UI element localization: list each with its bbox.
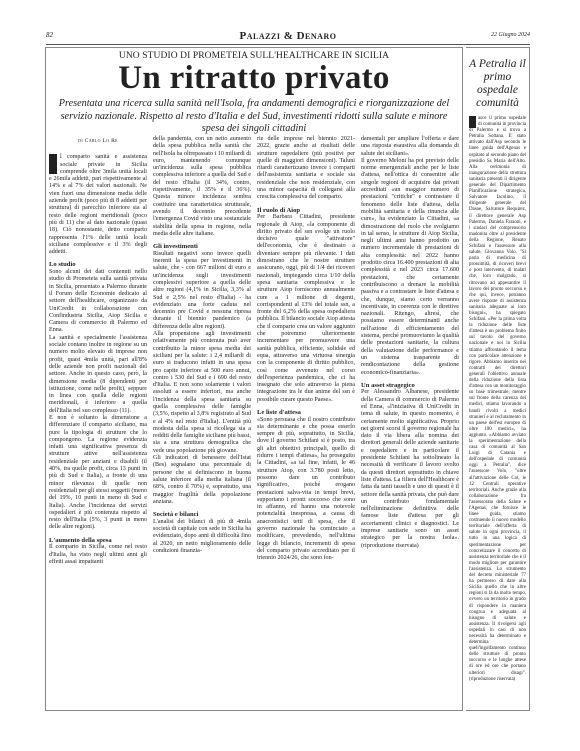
paragraph: Il governo Meloni ha poi previsto delle … (361, 158, 459, 377)
paragraph: Sono alcuni dei dati contenuti nello stu… (49, 269, 147, 335)
byline: di Carlo Lo Re (49, 138, 147, 145)
sidebar-body: asce il primo ospedale di comunità in pr… (469, 116, 526, 683)
section-heading: Le liste d'attesa (257, 409, 355, 417)
paragraph: La sanità e specialmente l'assistenza so… (49, 335, 147, 415)
article-column-1: di Carlo Lo Re l comparto sanità e assis… (49, 136, 147, 566)
issue-date: 22 Giugno 2024 (491, 32, 530, 38)
paragraph: damentali per ampliare l'offerta e dare … (361, 136, 459, 158)
article-subhead: Presentata una ricerca sulla sanità nell… (52, 98, 456, 136)
paragraph: Per Alessandro Albanese, presidente dell… (361, 389, 459, 550)
sidebar-title: A Petralia il primo ospedale comunità (466, 58, 529, 110)
lead-text: l comparto sanità e assistenza sociale p… (49, 154, 147, 255)
main-article: UNO STUDIO DI PROMETEIA SULL'HEALTHCARE … (45, 47, 463, 711)
dropcap-i (49, 154, 57, 174)
section-heading: Società e bilanci (153, 511, 251, 519)
section-heading: Gli investimenti (153, 243, 251, 251)
paragraph: L'analisi dei bilanci di più di 4mila so… (153, 519, 251, 555)
paragraph: Per Barbara Cittadini, presidente region… (257, 214, 355, 404)
section-heading: Un asset stragegico (361, 382, 459, 390)
page-header: 82 Palazzi & Denaro 22 Giugno 2024 (46, 30, 530, 45)
paragraph: Il comparto in Sicilia, come nel resto d… (49, 544, 147, 566)
paragraph: E non è soltanto la dimensione a differe… (49, 415, 147, 532)
section-heading: L'aumento della spesa (49, 537, 147, 545)
paragraph: rie delle imprese nel biennio 2021-2022,… (257, 136, 355, 202)
paragraph: «Sono persuasa che il nostro contributo … (257, 417, 355, 563)
paragraph: Risultati negativi sono invece quelli in… (153, 251, 251, 331)
article-columns: di Carlo Lo Re l comparto sanità e assis… (49, 136, 459, 706)
article-column-3: rie delle imprese nel biennio 2021-2022,… (257, 136, 355, 563)
article-headline: Un ritratto privato (46, 60, 462, 96)
lead-paragraph: l comparto sanità e assistenza sociale p… (49, 154, 147, 256)
section-heading: Lo studio (49, 261, 147, 269)
masthead: Palazzi & Denaro (46, 30, 530, 42)
article-column-2: della pandemia, con un netto aumento del… (153, 136, 251, 555)
section-heading: Il ruolo di Aiop (257, 207, 355, 215)
sidebar-text: asce il primo ospedale di comunità in pr… (469, 116, 526, 682)
article-column-4: damentali per ampliare l'offerta e dare … (361, 136, 459, 550)
dropcap-n (469, 116, 476, 128)
paragraph: Gli indicatori di benessere dell'Istat (… (153, 455, 251, 506)
paragraph: della pandemia, con un netto aumento del… (153, 136, 251, 238)
sidebar-article: A Petralia il primo ospedale comunità as… (466, 47, 530, 711)
paragraph: Alla propensione agli investimenti relat… (153, 331, 251, 455)
